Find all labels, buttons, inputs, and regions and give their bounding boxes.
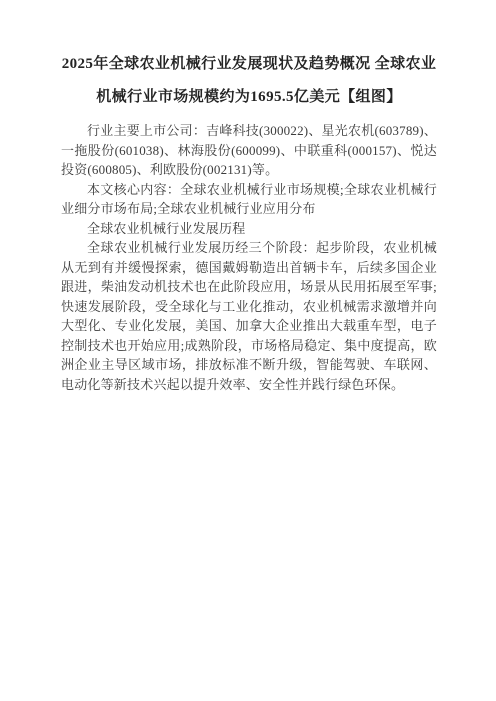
paragraph-core-content: 本文核心内容：全球农业机械行业市场规模;全球农业机械行业细分市场布局;全球农业机…: [61, 180, 437, 219]
paragraph-development-stages: 全球农业机械行业发展历经三个阶段：起步阶段，农业机械从无到有并缓慢探索，德国戴姆…: [61, 238, 437, 394]
paragraph-listed-companies: 行业主要上市公司：吉峰科技(300022)、星光农机(603789)、一拖股份(…: [61, 121, 437, 180]
document-page: 2025年全球农业机械行业发展现状及趋势概况 全球农业机械行业市场规模约为169…: [0, 0, 496, 701]
section-heading-development-history: 全球农业机械行业发展历程: [61, 219, 437, 239]
page-title: 2025年全球农业机械行业发展现状及趋势概况 全球农业机械行业市场规模约为169…: [61, 48, 437, 114]
